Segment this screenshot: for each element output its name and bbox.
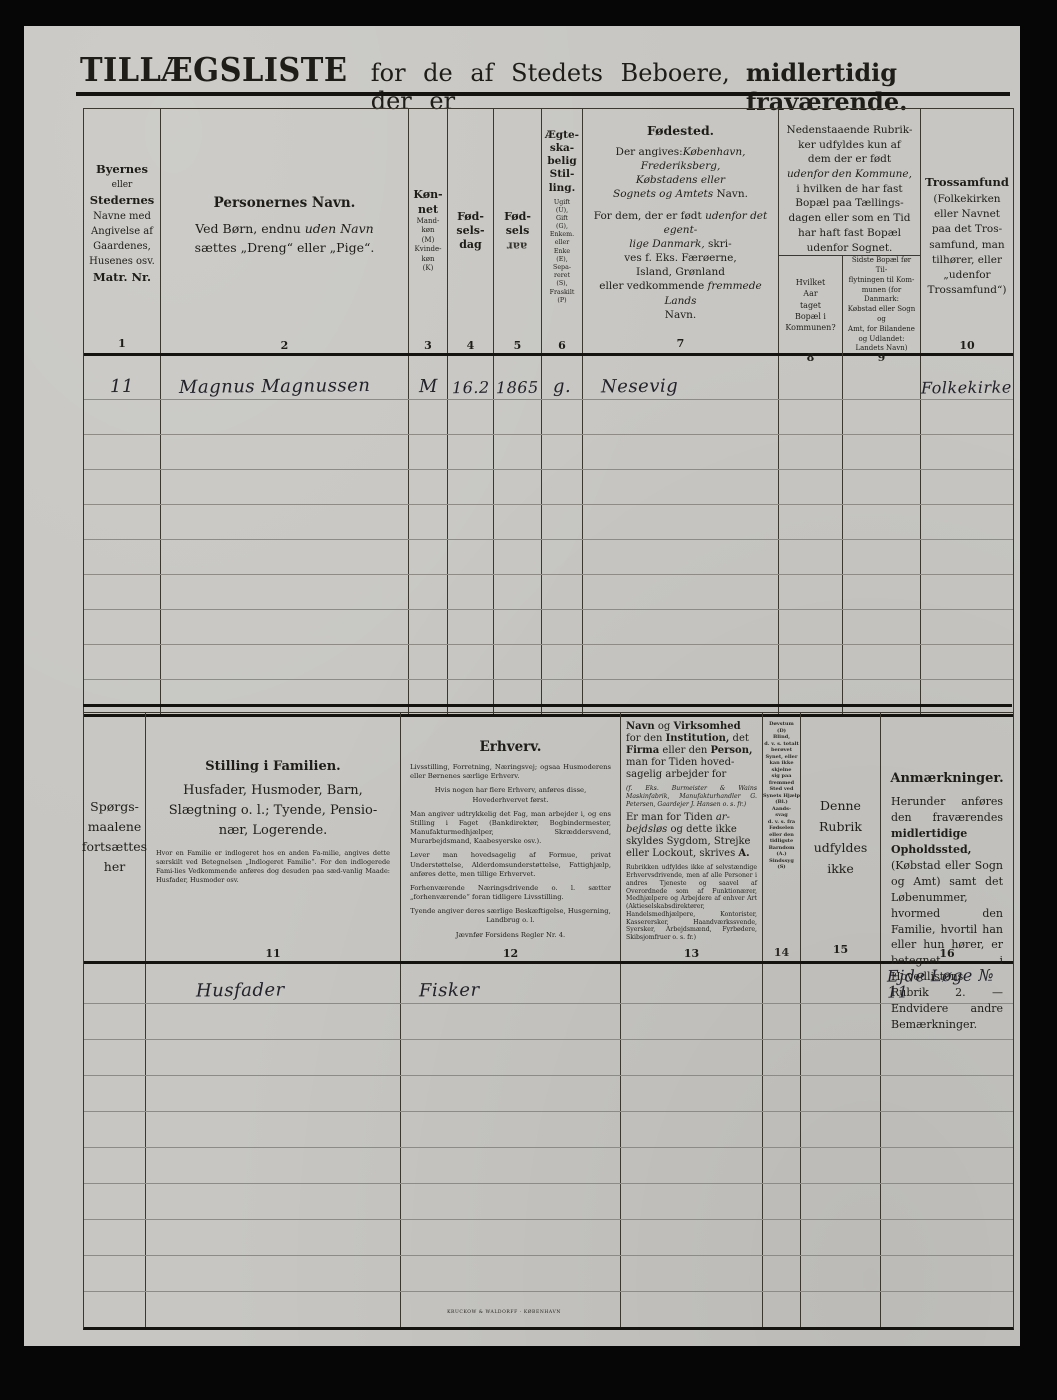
- col-number: 3: [409, 339, 447, 352]
- cell-disabilities: [763, 964, 801, 1003]
- continuation-label: Spørgs- maalene fortsættes her: [84, 713, 146, 961]
- col7-header-birthplace: Fødested. Der angives:København, Frederi…: [583, 109, 779, 353]
- table-row-empty: [84, 1112, 1013, 1148]
- col-number: 16: [881, 947, 1013, 960]
- table-row-empty: [84, 1148, 1013, 1184]
- table-row-filled: Husfader Fisker Ejde Løge № 11: [84, 964, 1013, 1004]
- cell-continuation: [84, 964, 146, 1003]
- col1-header-matr-nr: Byernes eller Stedernes Navne med Angive…: [84, 109, 161, 353]
- cell-matr-nr: 11: [84, 356, 161, 399]
- cell-employer: [621, 964, 763, 1003]
- table-occupation: Spørgs- maalene fortsættes her Stilling …: [83, 712, 1014, 1330]
- cell-sex: M: [409, 356, 448, 399]
- col-number: 10: [921, 339, 1013, 352]
- col6-header-marital-status: Ægte- ska- belig Stil- ling. Ugift (U), …: [542, 109, 583, 353]
- table-row-empty: [84, 645, 1013, 680]
- cell-marital-status: g.: [542, 356, 583, 399]
- scanned-census-form: { "title": { "t1": "TILLÆGSLISTE", "t2":…: [0, 0, 1057, 1400]
- table-filler: [84, 680, 1013, 714]
- col-number: 11: [146, 947, 400, 960]
- table-row-empty: [84, 540, 1013, 575]
- form-title: TILLÆGSLISTE for de af Stedets Beboere, …: [80, 50, 1012, 116]
- col16-header-remarks: Anmærkninger. Herunder anføres den fravæ…: [881, 713, 1013, 961]
- cell-person-name: Magnus Magnussen: [161, 356, 409, 399]
- table-row-empty: [84, 1004, 1013, 1040]
- col-number: 15: [801, 941, 880, 960]
- title-rule: [76, 92, 1010, 96]
- cell-year-settled: [779, 356, 843, 399]
- section-divider-rule: [83, 704, 1012, 707]
- col-number: 1: [84, 336, 160, 353]
- table-row-empty: [84, 505, 1013, 540]
- table-row-filled: 11 Magnus Magnussen M 16.2 1865 g. Nesev…: [84, 356, 1013, 400]
- cell-occupation: Fisker: [401, 964, 621, 1003]
- col-number: 2: [161, 339, 408, 352]
- col15-header-not-filled: Denne Rubrik udfyldes ikke 15: [801, 713, 881, 961]
- table1-header: Byernes eller Stedernes Navne med Angive…: [84, 109, 1013, 356]
- table-row-empty: [84, 1076, 1013, 1112]
- col8-header-year-settled: Hvilket Aar taget Bopæl i Kommunen? 8: [779, 256, 843, 366]
- table1-rows: 11 Magnus Magnussen M 16.2 1865 g. Nesev…: [84, 356, 1013, 714]
- col3-header-sex: Køn- net Mand- køn (M) Kvinde- køn (K) 3: [409, 109, 448, 353]
- col8-9-note: Nedenstaaende Rubrik- ker udfyldes kun a…: [779, 109, 920, 256]
- col10-header-religion: Trossamfund (Folkekirken eller Navnet pa…: [921, 109, 1013, 353]
- table-row-empty: [84, 1184, 1013, 1220]
- table-row-empty: [84, 1256, 1013, 1292]
- cell-birthyear: 1865: [494, 356, 542, 399]
- col5-header-birthyear: Fød- sels aar 5: [494, 109, 542, 353]
- col-number: 7: [583, 337, 778, 352]
- form-title-lead: TILLÆGSLISTE: [80, 50, 347, 89]
- table2-header: Spørgs- maalene fortsættes her Stilling …: [84, 713, 1013, 964]
- scanned-page: TILLÆGSLISTE for de af Stedets Beboere, …: [24, 26, 1020, 1346]
- table-persons: Byernes eller Stedernes Navne med Angive…: [83, 108, 1014, 717]
- col11-header-family-position: Stilling i Familien. Husfader, Husmoder,…: [146, 713, 401, 961]
- table-row-empty: [84, 400, 1013, 435]
- table-row-empty: [84, 575, 1013, 610]
- form-title-middle: for de af Stedets Beboere, der er: [371, 59, 746, 115]
- col4-header-birthday: Fød- sels- dag 4: [448, 109, 494, 353]
- col8-9-header-group: Nedenstaaende Rubrik- ker udfyldes kun a…: [779, 109, 921, 353]
- cell-not-filled: [801, 964, 881, 1003]
- cell-remarks: Ejde Løge № 11: [881, 964, 1013, 1003]
- table-row-empty: [84, 435, 1013, 470]
- col-number: 5: [494, 339, 541, 352]
- col-number: 4: [448, 339, 493, 352]
- col12-header-occupation: Erhverv. Livsstilling, Forretning, Nærin…: [401, 713, 621, 961]
- col9-header-last-residence: Sidste Bopæl før Til- flytningen til Kom…: [843, 256, 920, 366]
- col13-header-employer: Navn og Virksomhed for den Institution, …: [621, 713, 763, 961]
- cell-birthplace: Nesevig: [583, 356, 779, 399]
- table-row-empty: [84, 1040, 1013, 1076]
- cell-family-position: Husfader: [146, 964, 401, 1003]
- col14-header-disabilities: Døvstum (D) Blind, d. v. s. totalt berøv…: [763, 713, 801, 961]
- table2-rows: Husfader Fisker Ejde Løge № 11: [84, 964, 1013, 1327]
- col-number: 13: [621, 947, 762, 960]
- cell-religion: Folkekirke: [921, 356, 1013, 399]
- col-number: 14: [763, 946, 800, 960]
- printer-mark: KRUCKOW & WALDORFF · KØBENHAVN: [394, 1310, 614, 1315]
- table-row-empty: [84, 610, 1013, 645]
- cell-last-residence: [843, 356, 921, 399]
- col2-header-name: Personernes Navn. Ved Børn, endnu uden N…: [161, 109, 409, 353]
- col-number: 12: [401, 947, 620, 960]
- table-row-empty: [84, 1220, 1013, 1256]
- table-row-empty: [84, 470, 1013, 505]
- col-number: 6: [542, 339, 582, 352]
- cell-birthday: 16.2: [448, 356, 494, 399]
